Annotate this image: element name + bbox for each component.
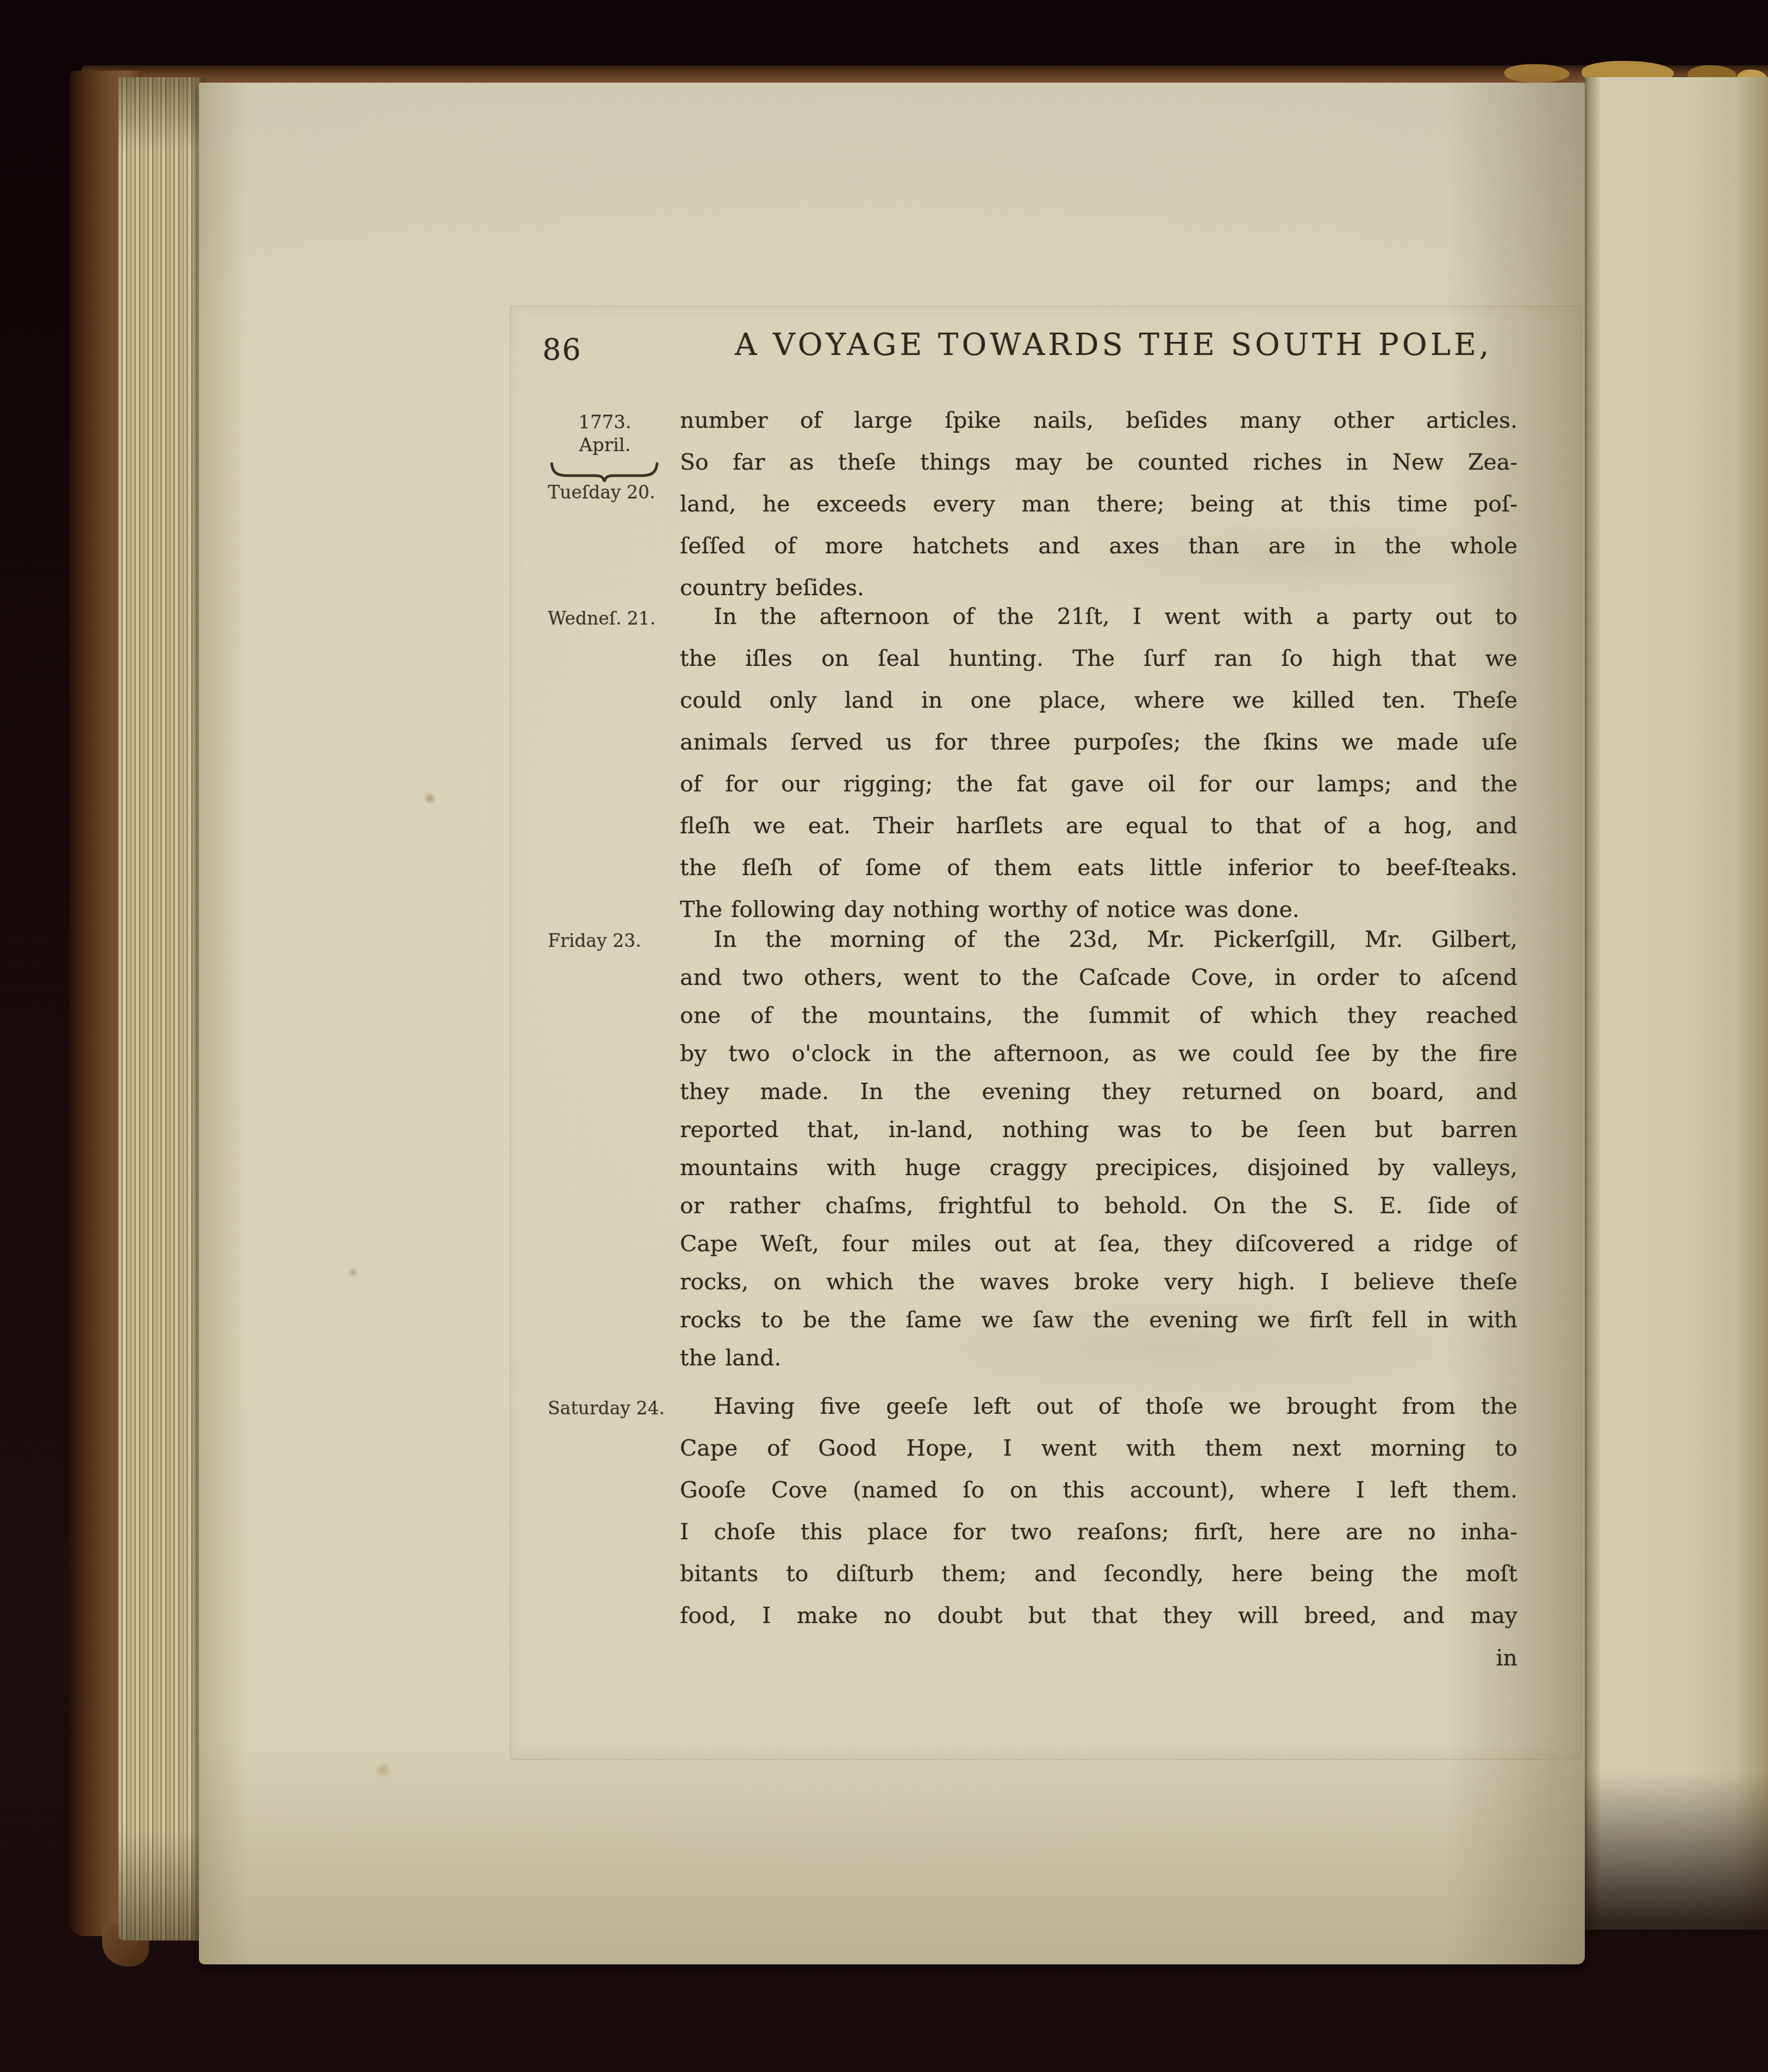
text-line: ſeſſed of more hatchets and axes than ar…	[680, 525, 1517, 567]
text-line: rocks, on which the waves broke very hig…	[680, 1263, 1517, 1301]
text-line: In the afternoon of the 21ſt, I went wit…	[680, 596, 1517, 638]
text-line: they made. In the evening they returned …	[680, 1072, 1517, 1110]
paragraph-wednesday21: In the afternoon of the 21ſt, I went wit…	[680, 596, 1517, 931]
text-line: or rather chaſms, frightful to behold. O…	[680, 1187, 1517, 1225]
paragraph-saturday24: Having five geeſe left out of thoſe we b…	[680, 1386, 1517, 1637]
text-line: Having five geeſe left out of thoſe we b…	[680, 1386, 1517, 1427]
foxing-spot	[423, 792, 437, 804]
catchword: in	[1440, 1637, 1517, 1679]
foxing-spot	[348, 1268, 359, 1277]
underbrace-icon	[548, 459, 661, 483]
text-line: and two others, went to the Caſcade Cove…	[680, 958, 1517, 996]
text-line: the land.	[680, 1339, 1517, 1377]
text-line: So far as theſe things may be counted ri…	[680, 441, 1517, 483]
text-line: land, he exceeds every man there; being …	[680, 483, 1517, 525]
text-line: food, I make no doubt but that they will…	[680, 1595, 1517, 1637]
text-line: the iſles on ſeal hunting. The ſurf ran …	[680, 638, 1517, 679]
book-photo: 86 A VOYAGE TOWARDS THE SOUTH POLE, 1773…	[0, 0, 1768, 2072]
text-line: fleſh we eat. Their harſlets are equal t…	[680, 805, 1517, 847]
margin-daynote-friday23: Friday 23.	[548, 930, 678, 952]
adjacent-page-edge	[1585, 77, 1768, 1930]
margin-month: April.	[551, 434, 659, 456]
text-line: could only land in one place, where we k…	[680, 679, 1517, 721]
running-header: A VOYAGE TOWARDS THE SOUTH POLE,	[735, 330, 1452, 360]
page-fore-edge-stack	[118, 77, 201, 1940]
text-line: the fleſh of ſome of them eats little in…	[680, 847, 1517, 889]
gilt-damage-speck	[1504, 64, 1570, 83]
text-line: bitants to diſturb them; and ſecondly, h…	[680, 1553, 1517, 1595]
text-line: animals ſerved us for three purpoſes; th…	[680, 721, 1517, 763]
gutter-shadow	[1585, 1772, 1768, 1935]
paragraph-friday23: In the morning of the 23d, Mr. Pickerſgi…	[680, 920, 1517, 1377]
text-line: number of large ſpike nails, beſides man…	[680, 400, 1517, 441]
paragraph-tuesday20: number of large ſpike nails, beſides man…	[680, 400, 1517, 609]
page-number: 86	[542, 335, 582, 365]
text-line: by two o'clock in the afternoon, as we c…	[680, 1034, 1517, 1072]
text-line: reported that, in-land, nothing was to b…	[680, 1110, 1517, 1149]
text-line: one of the mountains, the ſummit of whic…	[680, 996, 1517, 1034]
margin-year: 1773.	[551, 411, 659, 433]
text-line: of for our rigging; the fat gave oil for…	[680, 763, 1517, 805]
margin-daynote-saturday24: Saturday 24.	[548, 1397, 678, 1419]
margin-daynote-wednesday21: Wedneſ. 21.	[548, 608, 678, 629]
text-line: rocks to be the ſame we ſaw the evening …	[680, 1301, 1517, 1339]
text-line: Cape of Good Hope, I went with them next…	[680, 1427, 1517, 1469]
text-line: I choſe this place for two reaſons; firſ…	[680, 1511, 1517, 1553]
text-line: Gooſe Cove (named ſo on this account), w…	[680, 1469, 1517, 1511]
text-line: mountains with huge craggy precipices, d…	[680, 1149, 1517, 1187]
text-line: In the morning of the 23d, Mr. Pickerſgi…	[680, 920, 1517, 958]
margin-daynote-tuesday20: Tueſday 20.	[548, 482, 678, 503]
foxing-spot	[374, 1763, 392, 1777]
text-line: Cape Weſt, four miles out at ſea, they d…	[680, 1225, 1517, 1263]
